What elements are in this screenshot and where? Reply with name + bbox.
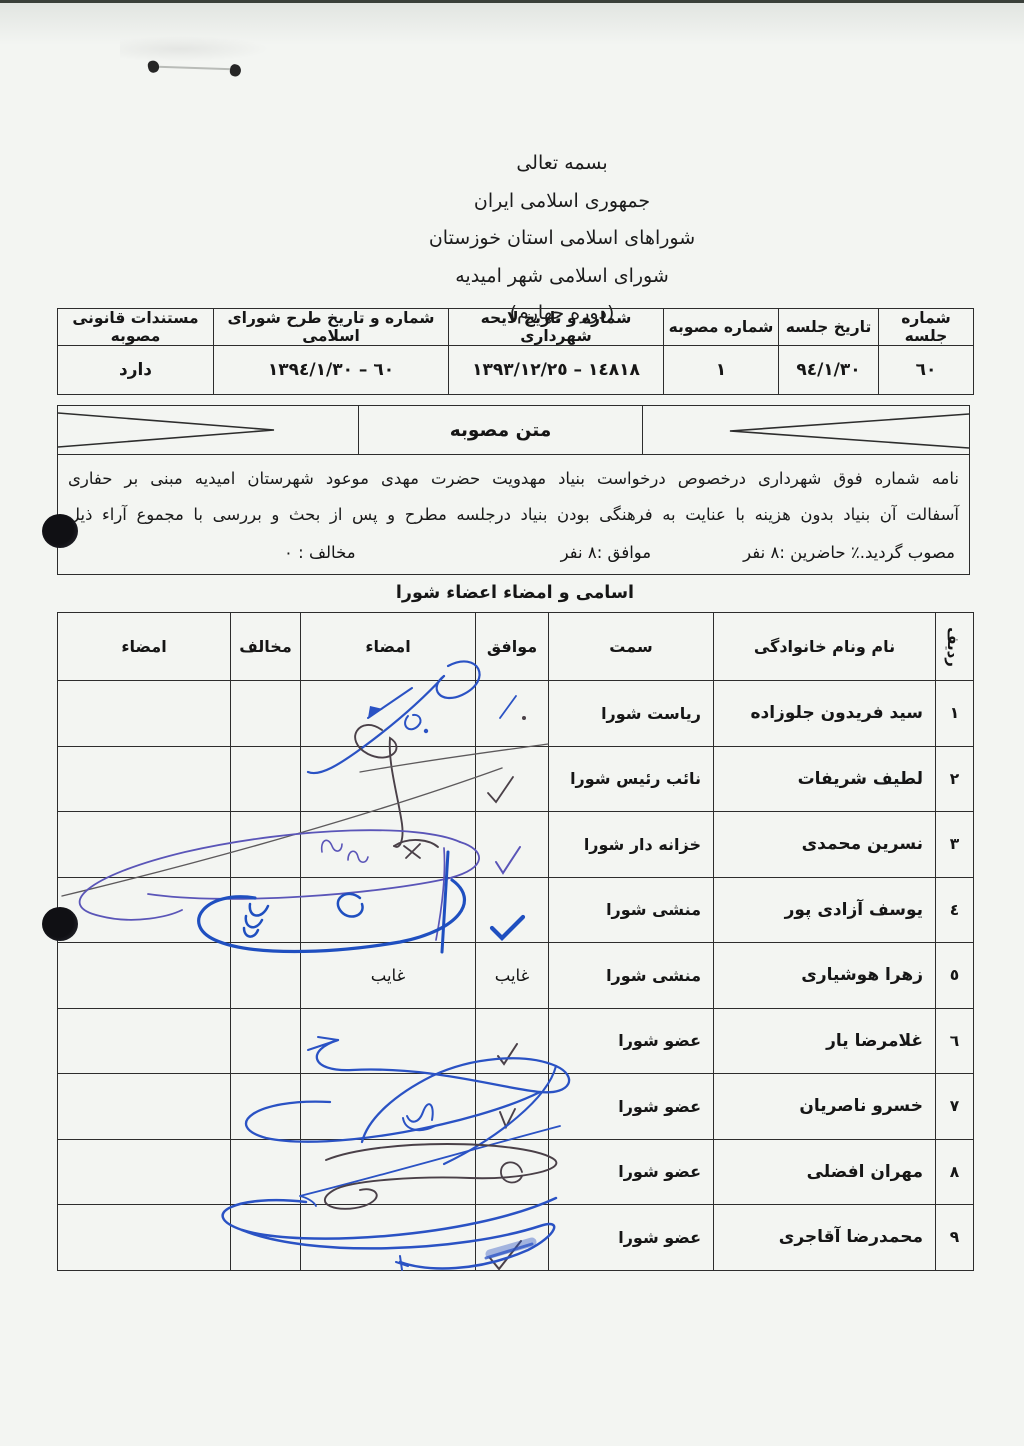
member-agree-cell [476,746,549,812]
letterhead-line-city-council: شورای اسلامی شهر امیدیه [312,258,812,296]
member-position: خزانه دار شورا [549,812,714,878]
member-oppose-cell [231,746,301,812]
member-oppose-cell [231,1074,301,1140]
staple-bar [154,66,236,71]
member-agree-cell [476,812,549,878]
member-position: عضو شورا [549,1074,714,1140]
member-signature2-cell [58,1205,231,1271]
members-signature-table: ردیف نام ونام خانوادگی سمت موافق امضاء م… [57,612,974,1271]
resolution-text-line-2: آسفالت آن بنیاد بدون هزینه با عنایت به ف… [68,497,959,533]
member-agree-cell [476,877,549,943]
council-plan-number-date-header: شماره و تاریخ طرح شورای اسلامی [214,309,449,346]
member-oppose-cell [231,812,301,878]
member-row-number: ٢ [936,746,974,812]
member-oppose-cell [231,1139,301,1205]
member-oppose-cell [231,943,301,1009]
legal-documentation-value: دارد [58,346,214,395]
signature2-header: امضاء [58,613,231,681]
agree-header: موافق [476,613,549,681]
member-agree-cell [476,1074,549,1140]
member-name: سید فریدون جلوزاده [714,681,936,747]
member-name: خسرو ناصریان [714,1074,936,1140]
member-row: ٨ مهران افضلی عضو شورا [58,1139,974,1205]
member-name: غلامرضا یار [714,1008,936,1074]
vote-summary-line: مصوب گردید.٪ حاضرین :٨ نفر موافق :٨ نفر … [68,533,959,571]
member-oppose-cell [231,877,301,943]
member-position: عضو شورا [549,1008,714,1074]
resolution-number-header: شماره مصوبه [664,309,779,346]
member-name: لطیف شریفات [714,746,936,812]
member-signature2-cell [58,1074,231,1140]
legal-documentation-header: مستندات قانونی مصوبه [58,309,214,346]
member-name: نسرین محمدی [714,812,936,878]
member-row: ٤ یوسف آزادی پور منشی شورا [58,877,974,943]
resolution-box: متن مصوبه نامه شماره فوق شهرداری درخصوص … [57,405,970,575]
member-signature2-cell [58,681,231,747]
member-signature2-cell [58,746,231,812]
staple-dot-left [147,59,160,73]
member-signature2-cell [58,943,231,1009]
member-row-number: ١ [936,681,974,747]
resolution-banner: متن مصوبه [58,406,969,455]
member-agree-cell [476,1139,549,1205]
member-row: ٩ محمدرضا آقاجری عضو شورا [58,1205,974,1271]
pencil-smudge-artifact [120,36,270,62]
banner-chevron-right [643,406,969,454]
letterhead-line-bismillah: بسمه تعالی [312,145,812,183]
signature-header: امضاء [301,613,476,681]
member-signature-cell [301,877,476,943]
member-signature-cell [301,1074,476,1140]
staple-mark [148,58,243,77]
member-row: ١ سید فریدون جلوزاده ریاست شورا [58,681,974,747]
member-name: یوسف آزادی پور [714,877,936,943]
letterhead: بسمه تعالی جمهوری اسلامی ایران شوراهای ا… [312,145,812,333]
bill-number-date-value: ١٤٨١٨ – ١٣٩٣/١٢/٢٥ [449,346,664,395]
member-signature2-cell [58,1008,231,1074]
member-signature2-cell [58,877,231,943]
member-row: ٢ لطیف شریفات نائب رئیس شورا [58,746,974,812]
member-signature2-cell [58,1139,231,1205]
resolution-text-line-1: نامه شماره فوق شهرداری درخصوص درخواست بن… [68,461,959,497]
row-number-header: ردیف [936,613,974,681]
staple-dot-right [229,63,242,77]
banner-chevron-left [58,406,359,454]
members-section-title: اسامی و امضاء اعضاء شورا [57,583,973,603]
scanned-council-resolution-page: بسمه تعالی جمهوری اسلامی ایران شوراهای ا… [0,0,1024,1446]
member-position: منشی شورا [549,943,714,1009]
session-info-value-row: ٦٠ ٩٤/١/٣٠ ١ ١٤٨١٨ – ١٣٩٣/١٢/٢٥ ٦٠ – ١٣٩… [58,346,974,395]
members-header-row: ردیف نام ونام خانوادگی سمت موافق امضاء م… [58,613,974,681]
member-signature2-cell [58,812,231,878]
member-agree-cell [476,1008,549,1074]
member-oppose-cell [231,1205,301,1271]
approved-and-present-count: مصوب گردید.٪ حاضرین :٨ نفر [743,543,955,562]
session-info-table: شماره جلسه تاریخ جلسه شماره مصوبه شماره … [57,308,974,395]
member-signature-cell [301,1008,476,1074]
member-signature-cell [301,1205,476,1271]
member-agree-cell [476,681,549,747]
member-signature-cell [301,746,476,812]
member-row-number: ٥ [936,943,974,1009]
letterhead-line-province-councils: شوراهای اسلامی استان خوزستان [312,220,812,258]
member-oppose-cell [231,1008,301,1074]
session-info-header-row: شماره جلسه تاریخ جلسه شماره مصوبه شماره … [58,309,974,346]
position-header: سمت [549,613,714,681]
member-position: نائب رئیس شورا [549,746,714,812]
member-signature-cell-absent: غایب [301,943,476,1009]
member-row-number: ٧ [936,1074,974,1140]
member-position: عضو شورا [549,1205,714,1271]
member-name: محمدرضا آقاجری [714,1205,936,1271]
member-signature-cell [301,1139,476,1205]
resolution-number-value: ١ [664,346,779,395]
member-row: ٣ نسرین محمدی خزانه دار شورا [58,812,974,878]
member-row-number: ٨ [936,1139,974,1205]
member-agree-cell [476,1205,549,1271]
member-signature-cell [301,812,476,878]
member-row: ٧ خسرو ناصریان عضو شورا [58,1074,974,1140]
agree-count: موافق :٨ نفر [561,543,652,562]
member-row: ٦ غلامرضا یار عضو شورا [58,1008,974,1074]
member-position: ریاست شورا [549,681,714,747]
resolution-text: نامه شماره فوق شهرداری درخصوص درخواست بن… [58,455,969,571]
member-position: منشی شورا [549,877,714,943]
member-row: ٥ زهرا هوشیاری منشی شورا غایب غایب [58,943,974,1009]
chevron-right-icon [58,406,358,454]
chevron-left-icon [643,406,969,454]
hole-punch-top [42,514,78,548]
banner-title: متن مصوبه [359,406,643,454]
hole-punch-bottom [42,907,78,941]
session-date-header: تاریخ جلسه [779,309,879,346]
member-row-number: ٣ [936,812,974,878]
bill-number-date-header: شماره و تاریخ لایحه شهرداری [449,309,664,346]
oppose-count: مخالف : ٠ [284,543,356,562]
member-row-number: ٤ [936,877,974,943]
session-date-value: ٩٤/١/٣٠ [779,346,879,395]
session-number-header: شماره جلسه [879,309,974,346]
member-row-number: ٩ [936,1205,974,1271]
council-plan-number-date-value: ٦٠ – ١٣٩٤/١/٣٠ [214,346,449,395]
letterhead-line-republic: جمهوری اسلامی ایران [312,183,812,221]
member-row-number: ٦ [936,1008,974,1074]
member-signature-cell [301,681,476,747]
session-number-value: ٦٠ [879,346,974,395]
member-agree-cell-absent: غایب [476,943,549,1009]
member-oppose-cell [231,681,301,747]
member-position: عضو شورا [549,1139,714,1205]
name-header: نام ونام خانوادگی [714,613,936,681]
oppose-header: مخالف [231,613,301,681]
member-name: زهرا هوشیاری [714,943,936,1009]
member-name: مهران افضلی [714,1139,936,1205]
